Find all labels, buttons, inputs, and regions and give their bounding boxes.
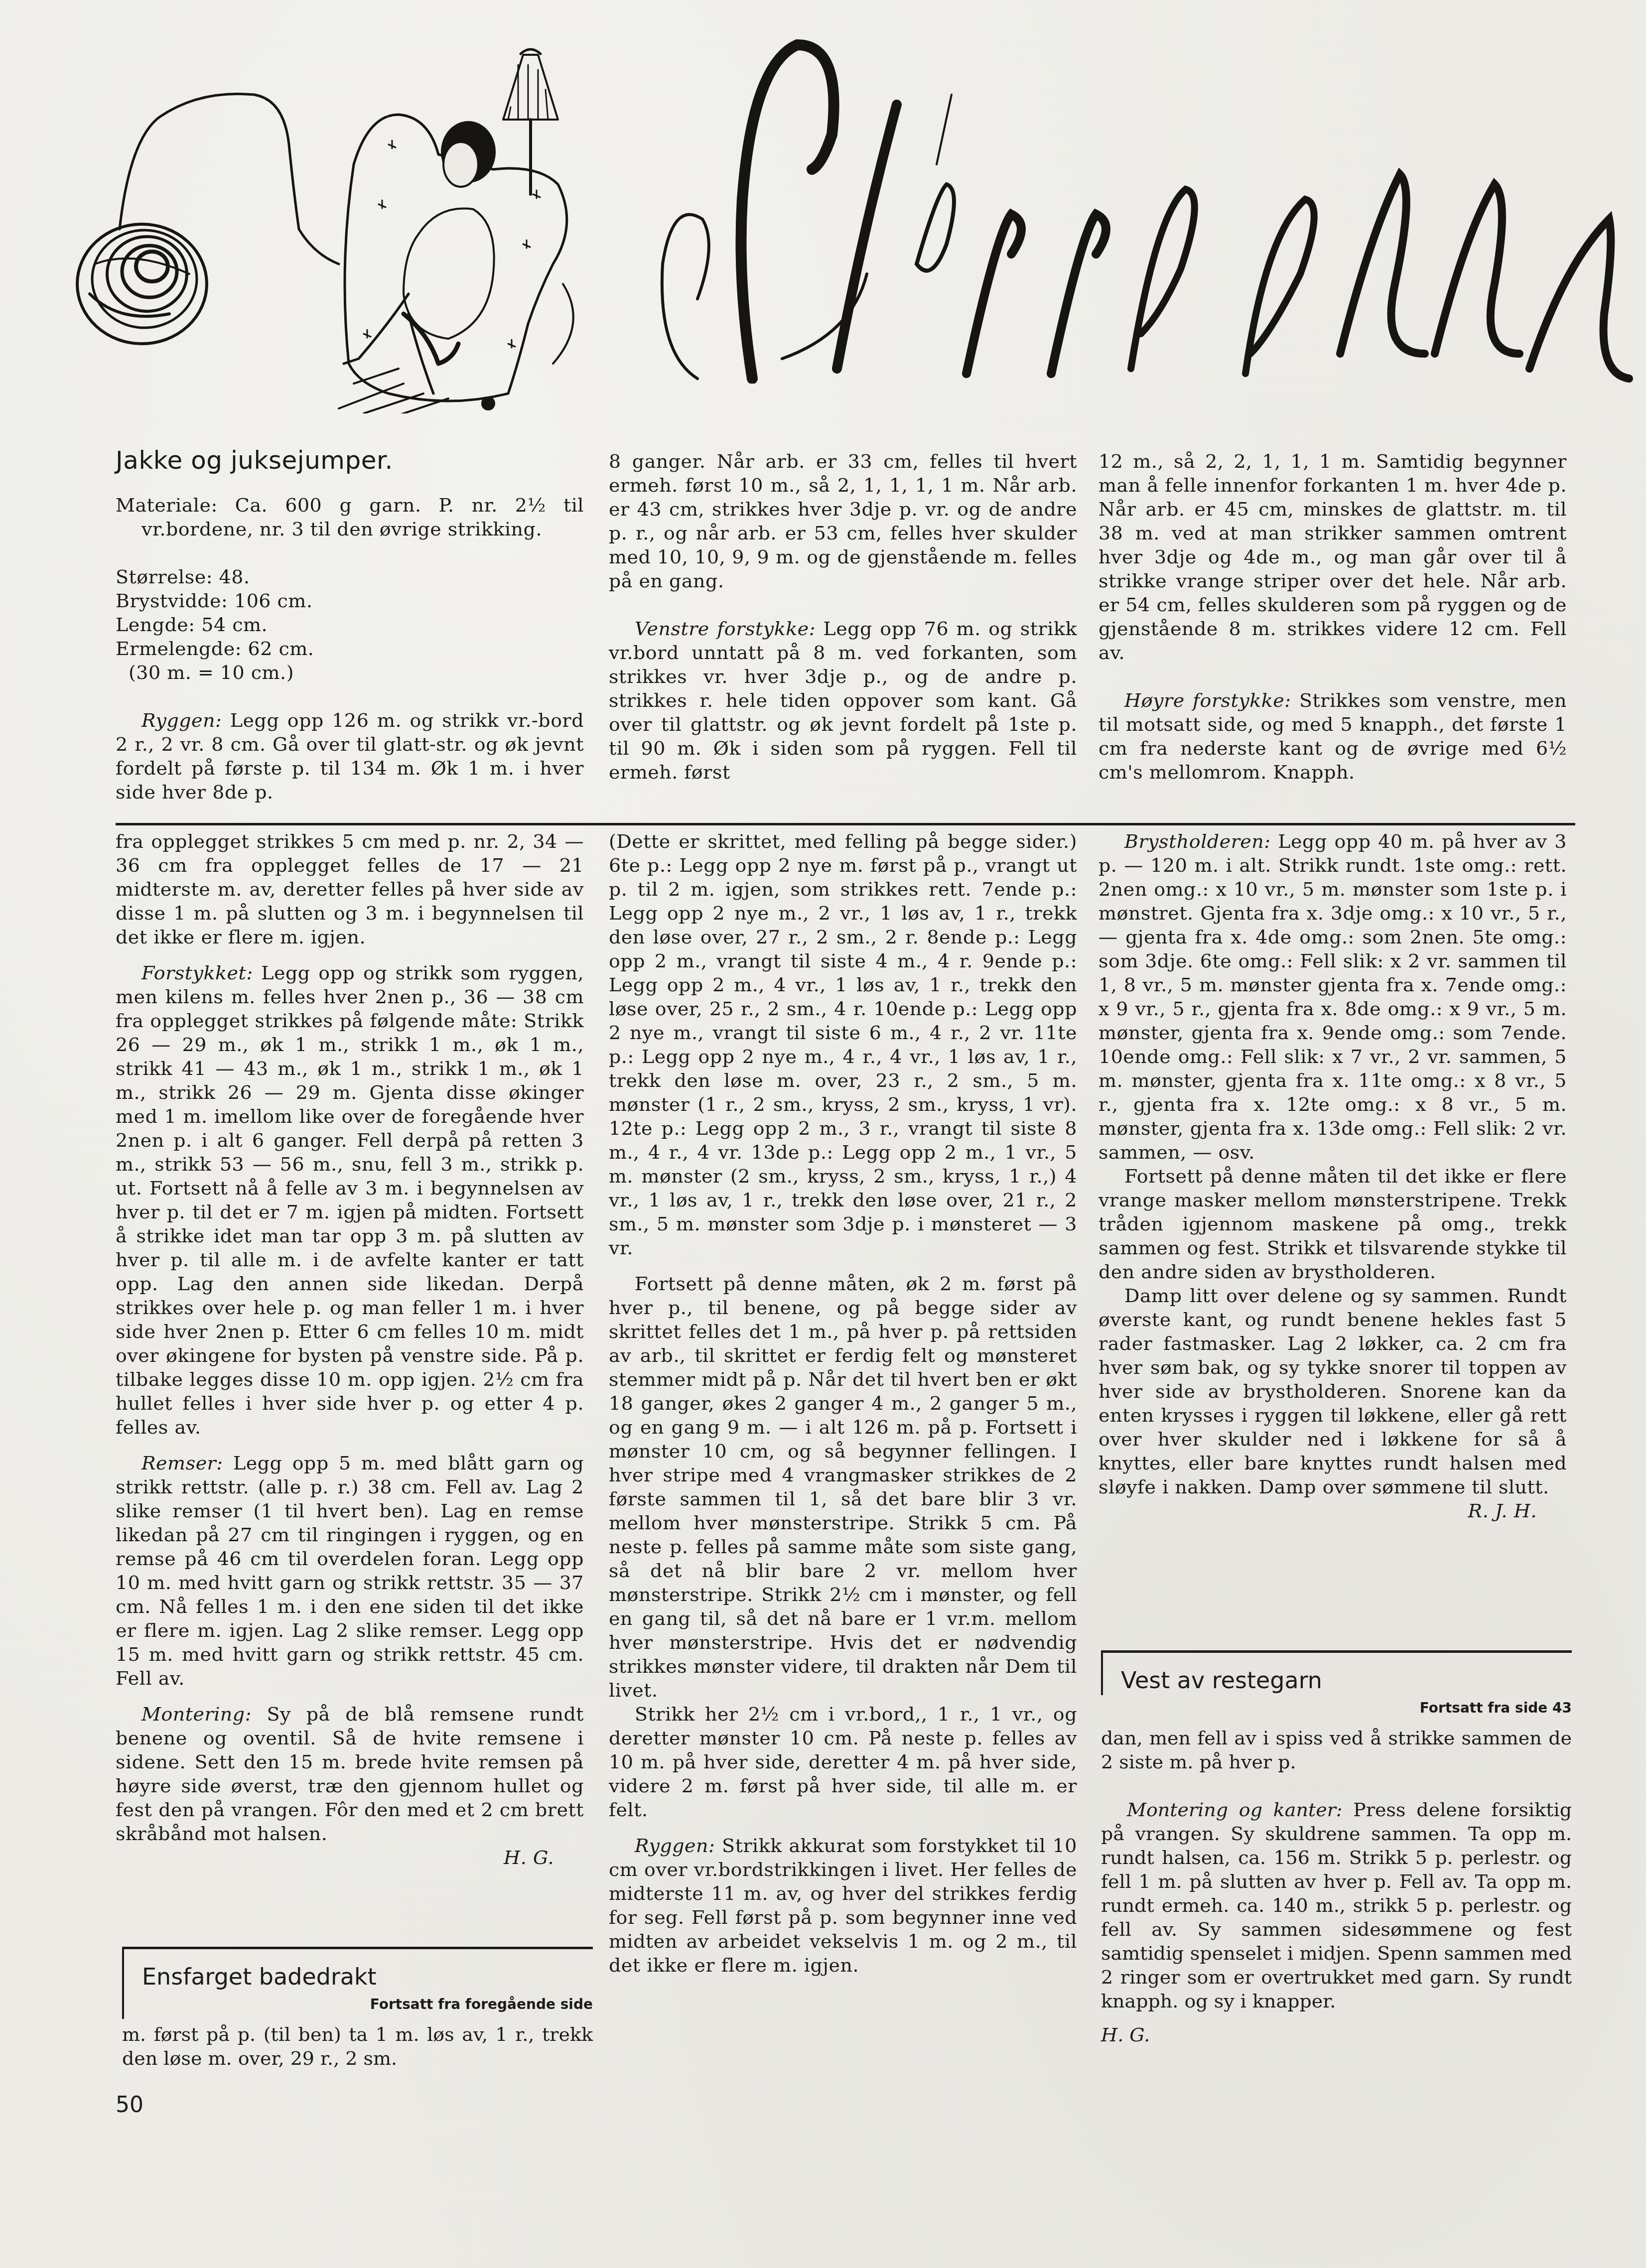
top-column-1: Materiale: Ca. 600 g garn. P. nr. 2½ til… (116, 493, 584, 804)
venstre-paragraph: Venstre forstykke: Legg opp 76 m. og str… (609, 617, 1077, 784)
knitting-woman-illustration (60, 15, 618, 413)
forstykket-label: Forstykket: (141, 962, 253, 984)
author-initials: H. G. (116, 1846, 584, 1869)
remser-label: Remser: (141, 1452, 223, 1474)
script-title: Større enn (618, 35, 1644, 384)
damp-paragraph: Damp litt over delene og sy sammen. Rund… (1098, 1284, 1567, 1523)
sleeve-paragraph: 8 ganger. Når arb. er 33 cm, felles til … (609, 449, 1077, 593)
remser-paragraph: Remser: Legg opp 5 m. med blått garn og … (116, 1451, 584, 1690)
continuation-box-badedrakt: Ensfarget badedrakt Fortsatt fra foregåe… (122, 1947, 593, 2070)
vest-montering-label: Montering og kanter: (1127, 1799, 1343, 1821)
spec-length: Lengde: 54 cm. (116, 613, 584, 637)
bryst-paragraph: Brystholderen: Legg opp 40 m. på hver av… (1098, 829, 1567, 1164)
article-title: Jakke og juksejumper. (116, 446, 393, 475)
opplegg-paragraph: fra opplegget strikkes 5 cm med p. nr. 2… (116, 829, 584, 949)
top-column-3: 12 m., så 2, 2, 1, 1, 1 m. Samtidig begy… (1098, 449, 1567, 784)
hoyre-paragraph: Høyre forstykke: Strikkes som venstre, m… (1098, 688, 1567, 784)
spec-gauge: (30 m. = 10 cm.) (116, 661, 584, 684)
continuation-title: Ensfarget badedrakt (142, 1963, 593, 1990)
vest-montering-paragraph: Montering og kanter: Press delene forsik… (1101, 1798, 1572, 2013)
bottom-column-2: (Dette er skrittet, med felling på begge… (609, 829, 1077, 1977)
box-accent-bar (122, 1949, 124, 2019)
box-accent-bar (1101, 1653, 1103, 1695)
bryst-fortsett-paragraph: Fortsett på denne måten til det ikke er … (1098, 1164, 1567, 1284)
continuation-subtitle: Fortsatt fra side 43 (1101, 1700, 1572, 1716)
spec-sleeve: Ermelengde: 62 cm. (116, 637, 584, 661)
lamp-icon (503, 49, 558, 194)
ryggen-paragraph: Ryggen: Legg opp 126 m. og strikk vr.-bo… (116, 708, 584, 804)
montering-paragraph: Montering: Sy på de blå remsene rundt be… (116, 1702, 584, 1869)
ryggen-label: Ryggen: (141, 709, 222, 731)
fortsett-paragraph: Fortsett på denne måten, øk 2 m. først p… (609, 1272, 1077, 1702)
strikk-paragraph: Strikk her 2½ cm i vr.bord,, 1 r., 1 vr.… (609, 1702, 1077, 1822)
ryggen2-label: Ryggen: (635, 1835, 715, 1857)
bottom-column-3: Brystholderen: Legg opp 40 m. på hver av… (1098, 829, 1567, 1523)
bottom-column-1: fra opplegget strikkes 5 cm med p. nr. 2… (116, 829, 584, 1869)
continuation-title: Vest av restegarn (1121, 1667, 1572, 1694)
material-text: Materiale: Ca. 600 g garn. P. nr. 2½ til… (116, 493, 584, 541)
top-column-2: 8 ganger. Når arb. er 33 cm, felles til … (609, 449, 1077, 784)
ryggen2-paragraph: Ryggen: Strikk akkurat som forstykket ti… (609, 1834, 1077, 1977)
magazine-page: Større enn Jakke og juksejumper. Mate (0, 0, 1646, 2268)
continuation-body: m. først på p. (til ben) ta 1 m. løs av,… (122, 2022, 593, 2070)
spec-chest: Brystvidde: 106 cm. (116, 589, 584, 613)
spec-list: Størrelse: 48. Brystvidde: 106 cm. Lengd… (116, 565, 584, 684)
bryst-label: Brystholderen: (1124, 830, 1271, 852)
author-initials: H. G. (1101, 2023, 1572, 2047)
forstykket-paragraph: Forstykket: Legg opp og strikk som rygge… (116, 961, 584, 1439)
spec-size: Størrelse: 48. (116, 565, 584, 589)
continuation-box-vest: Vest av restegarn Fortsatt fra side 43 d… (1101, 1650, 1572, 2047)
continuation-subtitle: Fortsatt fra foregående side (122, 1996, 593, 2012)
hoyre-label: Høyre forstykke: (1124, 689, 1291, 711)
venstre-label: Venstre forstykke: (635, 618, 816, 640)
author-initials: R. J. H. (1098, 1499, 1567, 1523)
page-number: 50 (116, 2092, 143, 2118)
section-divider (116, 823, 1575, 825)
shoulder-paragraph: 12 m., så 2, 2, 1, 1, 1 m. Samtidig begy… (1098, 449, 1567, 665)
montering-label: Montering: (141, 1703, 252, 1725)
skritt-paragraph: (Dette er skrittet, med felling på begge… (609, 829, 1077, 1260)
yarn-ball-icon (77, 224, 207, 344)
continuation-body: dan, men fell av i spiss ved å strikke s… (1101, 1726, 1572, 1774)
